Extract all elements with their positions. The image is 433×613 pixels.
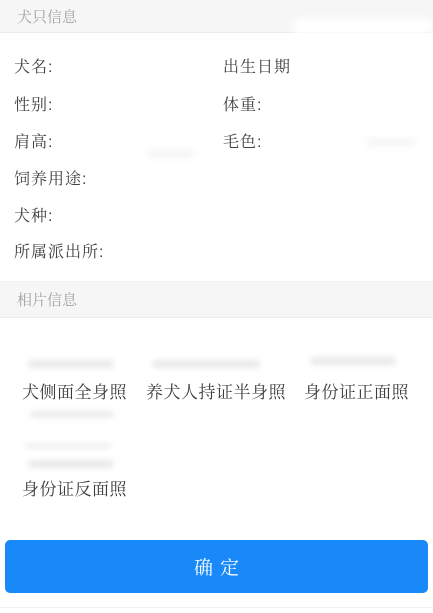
dog-registration-screen: 犬只信息 犬名: 出生日期 性别: 体重: 肩高: 毛色: 饲养用途: 犬种: …	[0, 0, 433, 613]
field-gender[interactable]: 性别:	[14, 92, 209, 114]
field-label-shoulder-height: 肩高:	[14, 129, 53, 152]
blur-smudge	[25, 443, 111, 449]
bottom-divider	[0, 607, 433, 608]
field-label-raising-purpose: 饲养用途:	[14, 166, 87, 189]
confirm-button[interactable]: 确定	[5, 540, 428, 593]
field-dog-name[interactable]: 犬名:	[14, 54, 209, 76]
photo-label-dog-side-full-body: 犬侧面全身照	[22, 378, 127, 403]
blur-smudge	[28, 460, 114, 468]
field-label-coat-color: 毛色:	[223, 129, 262, 152]
field-label-police-station: 所属派出所:	[14, 239, 104, 262]
field-label-birth-date: 出生日期	[223, 54, 291, 77]
photo-slot-id-card-front[interactable]: 身份证正面照	[302, 355, 416, 403]
photo-label-id-card-front: 身份证正面照	[304, 378, 409, 403]
field-label-dog-breed: 犬种:	[14, 203, 53, 226]
field-police-station[interactable]: 所属派出所:	[14, 239, 209, 261]
section-title-photo-info: 相片信息	[17, 289, 77, 310]
field-weight[interactable]: 体重:	[223, 92, 423, 114]
photo-label-owner-with-certificate: 养犬人持证半身照	[146, 378, 286, 403]
blur-smudge	[30, 411, 114, 418]
field-label-gender: 性别:	[14, 92, 53, 115]
section-title-dog-info: 犬只信息	[17, 6, 77, 27]
photo-label-id-card-back: 身份证反面照	[22, 475, 127, 500]
field-coat-color[interactable]: 毛色:	[223, 129, 423, 151]
field-dog-breed[interactable]: 犬种:	[14, 203, 209, 225]
section-header-photo-info: 相片信息	[0, 281, 433, 318]
field-raising-purpose[interactable]: 饲养用途:	[14, 166, 209, 188]
field-label-dog-name: 犬名:	[14, 54, 53, 77]
blur-smudge	[310, 357, 396, 365]
blur-smudge	[28, 360, 114, 368]
field-birth-date[interactable]: 出生日期	[223, 54, 423, 76]
photo-slot-id-card-back[interactable]: 身份证反面照	[20, 458, 134, 500]
photo-slot-owner-with-certificate[interactable]: 养犬人持证半身照	[144, 358, 288, 403]
section-header-dog-info: 犬只信息	[0, 0, 433, 33]
photo-slot-dog-side-full-body[interactable]: 犬侧面全身照	[20, 358, 134, 403]
field-label-weight: 体重:	[223, 92, 262, 115]
blur-smudge	[148, 150, 194, 158]
field-shoulder-height[interactable]: 肩高:	[14, 129, 209, 151]
blur-smudge	[152, 360, 260, 368]
